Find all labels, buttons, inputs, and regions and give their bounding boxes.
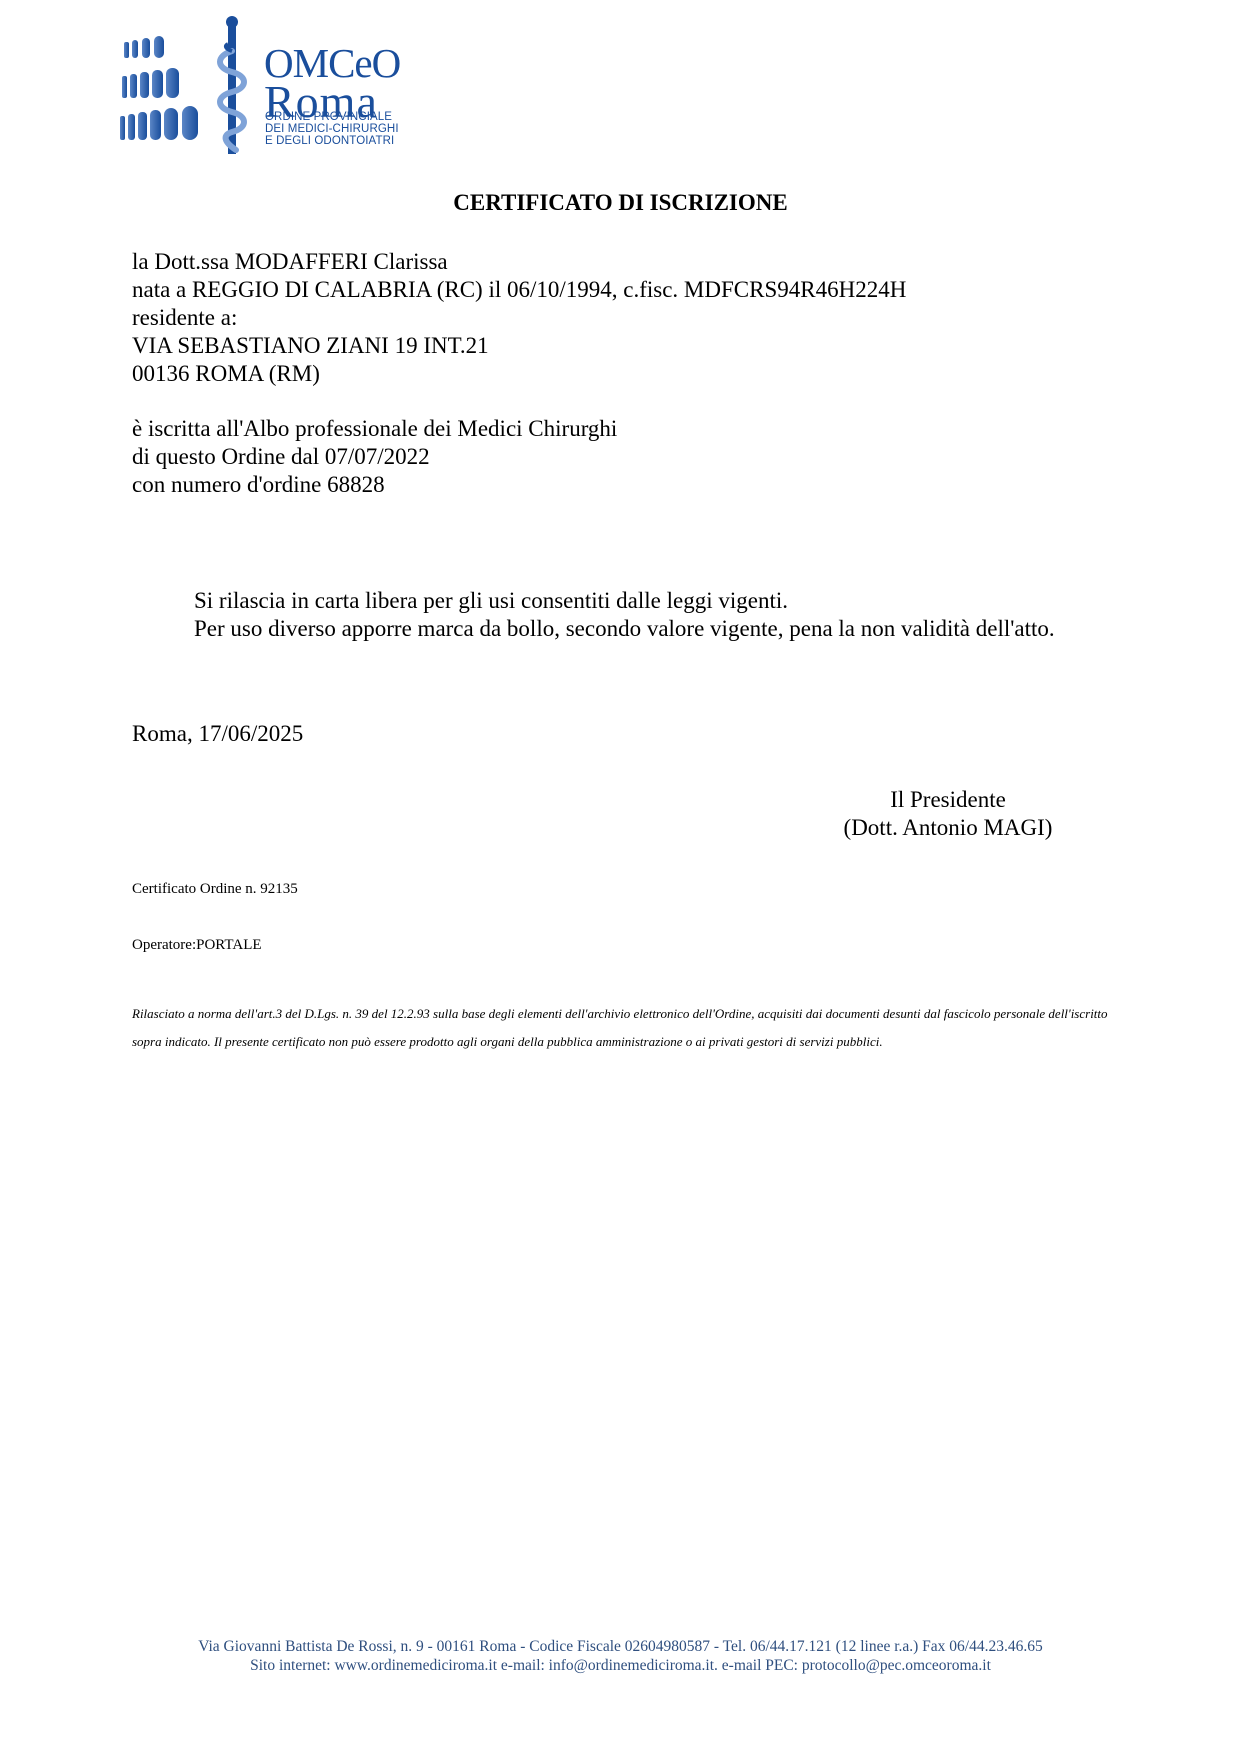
address-line-2: 00136 ROMA (RM): [132, 360, 906, 388]
footer: Via Giovanni Battista De Rossi, n. 9 - 0…: [0, 1637, 1241, 1675]
residence-label: residente a:: [132, 304, 906, 332]
omceo-roma-logo: OMCeO Roma ORDINE PROVINCIALE DEI MEDICI…: [112, 16, 412, 161]
logo-subtitle-1: ORDINE PROVINCIALE: [265, 112, 392, 124]
signature-name: (Dott. Antonio MAGI): [828, 814, 1068, 842]
logo-subtitle-3: E DEGLI ODONTOIATRI: [265, 136, 394, 148]
enrollment-line-2: di questo Ordine dal 07/07/2022: [132, 443, 617, 471]
footer-contacts: Sito internet: www.ordinemediciroma.it e…: [0, 1656, 1241, 1675]
registrant-block: la Dott.ssa MODAFFERI Clarissa nata a RE…: [132, 248, 906, 388]
operator: Operatore:PORTALE: [132, 937, 262, 954]
notice-line-1: Si rilascia in carta libera per gli usi …: [132, 587, 1062, 615]
certificate-number: Certificato Ordine n. 92135: [132, 881, 298, 898]
signature-role: Il Presidente: [828, 786, 1068, 814]
caduceus-icon: [212, 16, 252, 161]
document-title: CERTIFICATO DI ISCRIZIONE: [0, 190, 1241, 216]
registrant-name: la Dott.ssa MODAFFERI Clarissa: [132, 248, 906, 276]
place-date: Roma, 17/06/2025: [132, 720, 303, 748]
registrant-birth: nata a REGGIO DI CALABRIA (RC) il 06/10/…: [132, 276, 906, 304]
footer-address: Via Giovanni Battista De Rossi, n. 9 - 0…: [0, 1637, 1241, 1656]
usage-notice: Si rilascia in carta libera per gli usi …: [132, 587, 1062, 643]
legal-note: Rilasciato a norma dell'art.3 del D.Lgs.…: [132, 1000, 1122, 1056]
logo-subtitle-2: DEI MEDICI-CHIRURGHI: [265, 124, 399, 136]
enrollment-block: è iscritta all'Albo professionale dei Me…: [132, 415, 617, 499]
colosseum-icon: [112, 16, 222, 156]
notice-line-2: Per uso diverso apporre marca da bollo, …: [132, 616, 1055, 641]
enrollment-line-3: con numero d'ordine 68828: [132, 471, 617, 499]
signature-block: Il Presidente (Dott. Antonio MAGI): [828, 786, 1068, 842]
address-line-1: VIA SEBASTIANO ZIANI 19 INT.21: [132, 332, 906, 360]
enrollment-line-1: è iscritta all'Albo professionale dei Me…: [132, 415, 617, 443]
